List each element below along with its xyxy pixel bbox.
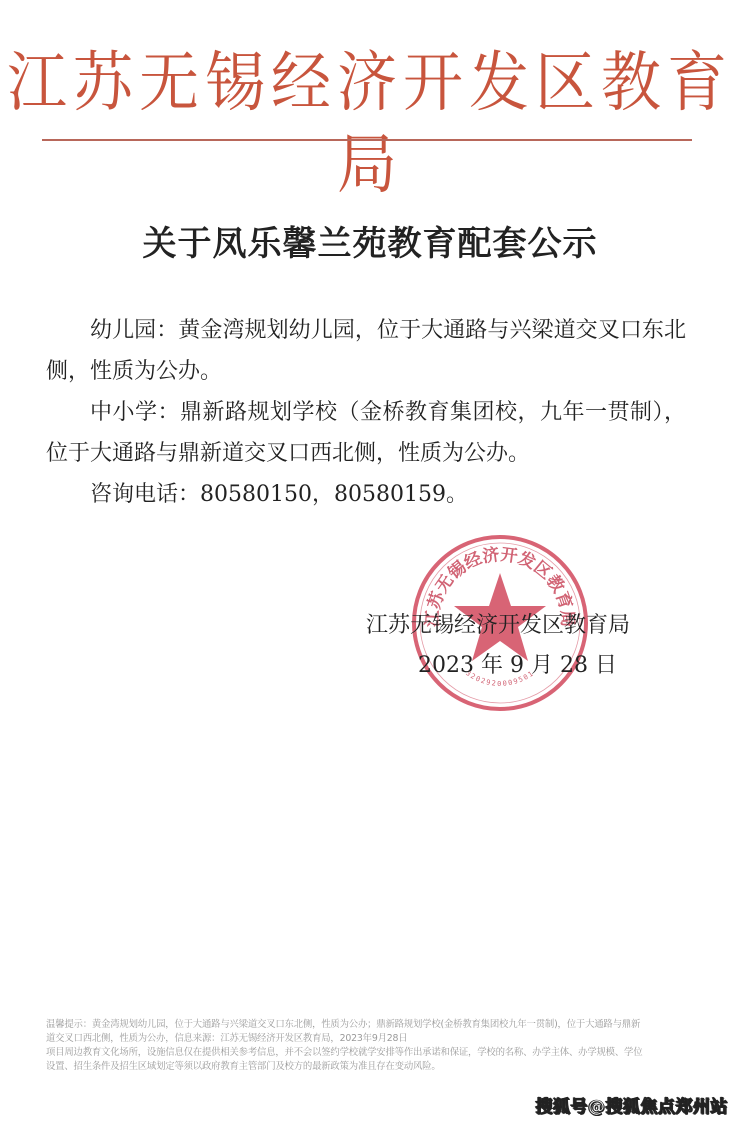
signature-org: 江苏无锡经济开发区教育局 [366, 606, 696, 646]
letterhead-title: 江苏无锡经济开发区教育局 [0, 42, 740, 206]
footer-line: 道交叉口西北侧，性质为公办，信息来源：江苏无锡经济开发区教育局，2023年9月2… [46, 1032, 696, 1046]
signature-block: 江苏无锡经济开发区教育局 2023 年 9 月 28 日 [366, 606, 696, 686]
footer-line: 设置、招生条件及招生区域划定等须以政府教育主管部门及校方的最新政策为准且存在变动… [46, 1060, 696, 1074]
footer-line: 温馨提示：黄金湾规划幼儿园，位于大通路与兴梁道交叉口东北侧，性质为公办；鼎新路规… [46, 1018, 696, 1032]
paragraph-kindergarten: 幼儿园：黄金湾规划幼儿园，位于大通路与兴梁道交叉口东北侧，性质为公办。 [46, 310, 686, 392]
source-watermark: 搜狐号@搜狐焦点郑州站 [536, 1092, 729, 1117]
paragraph-contact-phone: 咨询电话：80580150，80580159。 [46, 474, 686, 515]
footer-line: 项目周边教育文化场所，设施信息仅在提供相关参考信息，并不会以签约学校就学安排等作… [46, 1046, 696, 1060]
paragraph-primary-middle-school: 中小学：鼎新路规划学校（金桥教育集团校，九年一贯制），位于大通路与鼎新道交叉口西… [46, 392, 686, 474]
letterhead-divider [42, 139, 692, 141]
signature-date: 2023 年 9 月 28 日 [366, 646, 696, 686]
document-title: 关于凤乐馨兰苑教育配套公示 [0, 222, 740, 266]
document-body: 幼儿园：黄金湾规划幼儿园，位于大通路与兴梁道交叉口东北侧，性质为公办。 中小学：… [46, 310, 686, 515]
footer-disclaimer: 温馨提示：黄金湾规划幼儿园，位于大通路与兴梁道交叉口东北侧，性质为公办；鼎新路规… [46, 1018, 696, 1074]
